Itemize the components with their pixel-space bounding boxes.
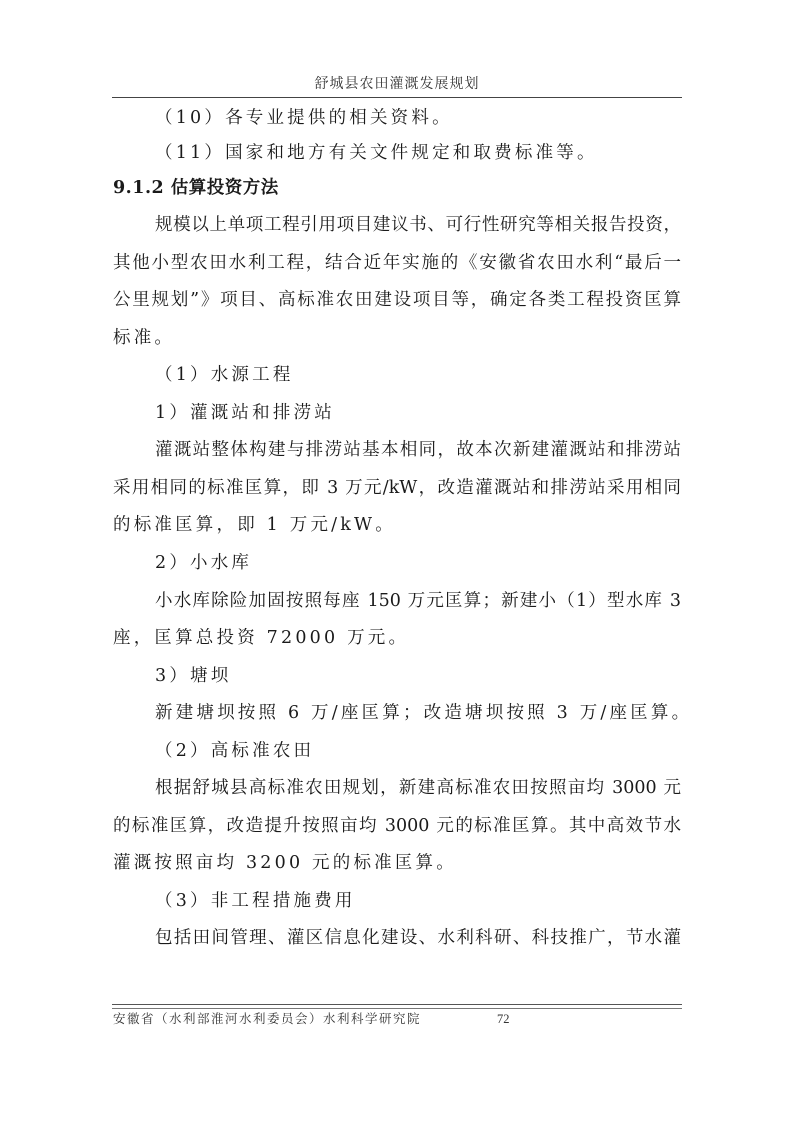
running-header-title: 舒城县农田灌溉发展规划: [112, 74, 682, 94]
farmland-line-3: 灌溉按照亩均 3200 元的标准匡算。: [113, 849, 681, 877]
intro-paragraph-line-2: 其他小型农田水利工程，结合近年实施的《安徽省农田水利“最后一: [113, 249, 681, 277]
intro-paragraph-line-4: 标准。: [113, 324, 681, 352]
intro-paragraph-line-1: 规模以上单项工程引用项目建议书、可行性研究等相关报告投资，: [155, 211, 681, 239]
item-title-ponds-dams: 3）塘坝: [155, 662, 681, 690]
footer-rule-bottom: [112, 1008, 682, 1009]
small-reservoir-line-1: 小水库除险加固按照每座 150 万元匡算；新建小（1）型水库 3: [155, 587, 681, 615]
non-engineering-line-1: 包括田间管理、灌区信息化建设、水利科研、科技推广，节水灌: [155, 924, 681, 952]
farmland-line-1: 根据舒城县高标准农田规划，新建高标准农田按照亩均 3000 元: [155, 774, 681, 802]
item-title-pump-stations: 1）灌溉站和排涝站: [155, 399, 681, 427]
header-rule: [112, 97, 682, 98]
list-item-10: （10）各专业提供的相关资料。: [155, 104, 681, 132]
list-item-11: （11）国家和地方有关文件规定和取费标准等。: [155, 139, 681, 167]
footer-institution: 安徽省（水利部淮河水利委员会）水利科学研究院: [113, 1010, 421, 1028]
subsection-title-water-source: （1）水源工程: [155, 361, 681, 389]
small-reservoir-line-2: 座，匡算总投资 72000 万元。: [113, 624, 681, 652]
intro-paragraph-line-3: 公里规划”》项目、高标准农田建设项目等，确定各类工程投资匡算: [113, 286, 681, 314]
pump-stations-line-1: 灌溉站整体构建与排涝站基本相同，故本次新建灌溉站和排涝站: [155, 436, 681, 464]
page-number: 72: [497, 1010, 510, 1028]
pump-stations-line-3: 的标准匡算，即 1 万元/kW。: [113, 511, 681, 539]
farmland-line-2: 的标准匡算，改造提升按照亩均 3000 元的标准匡算。其中高效节水: [113, 812, 681, 840]
section-heading: 9.1.2 估算投资方法: [113, 174, 681, 202]
subsection-title-non-engineering: （3）非工程措施费用: [155, 887, 681, 915]
item-title-small-reservoir: 2）小水库: [155, 549, 681, 577]
ponds-dams-line-1: 新建塘坝按照 6 万/座匡算；改造塘坝按照 3 万/座匡算。: [155, 699, 681, 727]
footer-rule-top: [112, 1004, 682, 1005]
subsection-title-high-standard-farmland: （2）高标准农田: [155, 737, 681, 765]
pump-stations-line-2: 采用相同的标准匡算，即 3 万元/kW，改造灌溉站和排涝站采用相同: [113, 474, 681, 502]
